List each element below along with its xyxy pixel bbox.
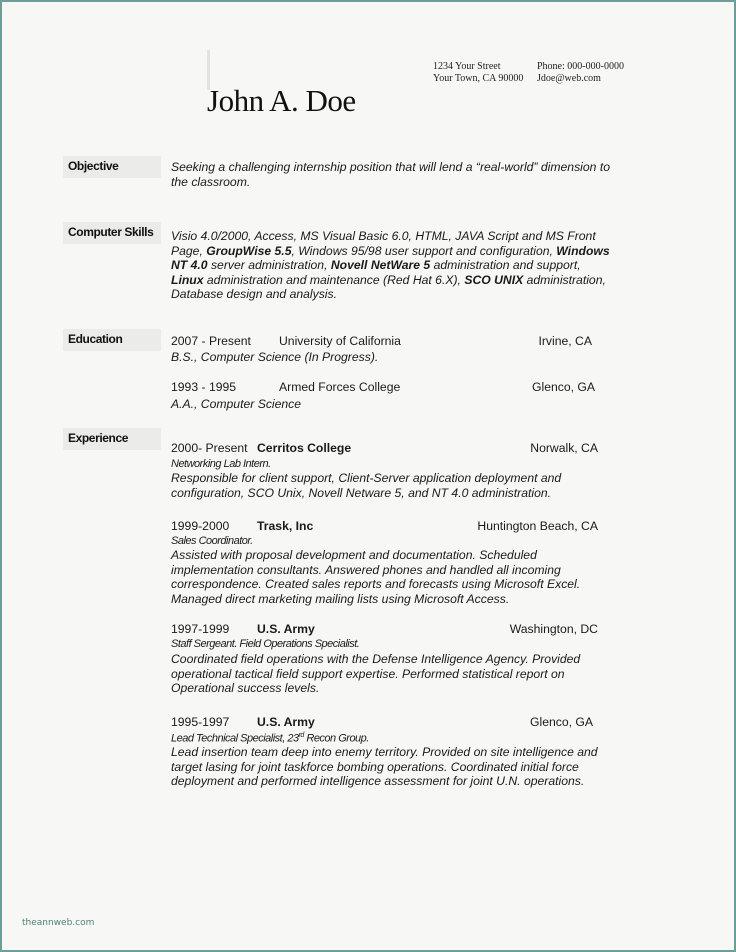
skills-text-part: , Windows 95/98 user support and configu… — [291, 244, 556, 258]
address-block: 1234 Your Street Your Town, CA 90000 — [433, 61, 523, 85]
exp-description: Assisted with proposal development and d… — [171, 548, 580, 606]
desc-line: Operational success levels. — [171, 681, 580, 696]
section-label-objective: Objective — [63, 156, 161, 178]
exp-dates: 1995-1997 — [171, 715, 229, 729]
objective-text: Seeking a challenging internship positio… — [171, 160, 610, 189]
exp-dates: 1999-2000 — [171, 519, 229, 533]
exp-role: Networking Lab Intern. — [171, 457, 271, 472]
skills-text: Visio 4.0/2000, Access, MS Visual Basic … — [171, 229, 616, 302]
skills-highlight: GroupWise 5.5 — [206, 244, 291, 258]
desc-line: deployment and performed intelligence as… — [171, 774, 598, 789]
edu-location: Glenco, GA — [532, 380, 595, 394]
role-text: Lead Technical Specialist, 23 — [171, 733, 299, 745]
objective-line: Seeking a challenging internship positio… — [171, 160, 610, 175]
exp-org: Trask, Inc — [257, 519, 313, 533]
email: Jdoe@web.com — [537, 73, 624, 85]
section-label-education: Education — [63, 329, 161, 351]
exp-role: Sales Coordinator. — [171, 534, 253, 549]
desc-line: target lasing for joint taskforce bombin… — [171, 760, 598, 775]
resume-name: John A. Doe — [207, 83, 356, 119]
desc-line: operational tactical field support exper… — [171, 667, 580, 682]
phone: Phone: 000-000-0000 — [537, 61, 624, 73]
exp-description: Coordinated field operations with the De… — [171, 652, 580, 696]
exp-dates: 2000- Present — [171, 441, 248, 455]
skills-text-part: server administration, — [208, 258, 331, 272]
desc-line: correspondence. Created sales reports an… — [171, 577, 580, 592]
desc-line: Coordinated field operations with the De… — [171, 652, 580, 667]
skills-text-part: administration and support, — [430, 258, 580, 272]
exp-dates: 1997-1999 — [171, 622, 229, 636]
edu-location: Irvine, CA — [538, 334, 592, 348]
address-line-1: 1234 Your Street — [433, 61, 523, 73]
edu-dates: 1993 - 1995 — [171, 380, 236, 394]
skills-highlight: SCO UNIX — [464, 273, 523, 287]
exp-location: Huntington Beach, CA — [477, 519, 598, 533]
desc-line: implementation consultants. Answered pho… — [171, 563, 580, 578]
exp-role: Lead Technical Specialist, 23rd Recon Gr… — [171, 729, 369, 746]
edu-school: Armed Forces College — [279, 380, 400, 394]
exp-org: U.S. Army — [257, 715, 315, 729]
desc-line: Responsible for client support, Client-S… — [171, 471, 561, 486]
exp-location: Washington, DC — [510, 622, 598, 636]
exp-location: Norwalk, CA — [530, 441, 598, 455]
exp-description: Lead insertion team deep into enemy terr… — [171, 745, 598, 789]
exp-role: Staff Sergeant. Field Operations Special… — [171, 637, 359, 652]
desc-line: Assisted with proposal development and d… — [171, 548, 580, 563]
address-line-2: Your Town, CA 90000 — [433, 73, 523, 85]
skills-text-part: administration and maintenance (Red Hat … — [204, 273, 465, 287]
edu-degree: A.A., Computer Science — [171, 397, 301, 412]
skills-highlight: Linux — [171, 273, 204, 287]
objective-line: the classroom. — [171, 175, 610, 190]
watermark: theannweb.com — [22, 918, 94, 928]
section-label-computer-skills: Computer Skills — [63, 222, 161, 244]
skills-highlight: Novell NetWare 5 — [331, 258, 430, 272]
desc-line: Lead insertion team deep into enemy terr… — [171, 745, 598, 760]
role-text: Recon Group. — [304, 733, 369, 745]
exp-location: Glenco, GA — [530, 715, 593, 729]
desc-line: configuration, SCO Unix, Novell Netware … — [171, 486, 561, 501]
desc-line: Managed direct marketing mailing lists u… — [171, 592, 580, 607]
edu-dates: 2007 - Present — [171, 334, 251, 348]
contact-block: Phone: 000-000-0000 Jdoe@web.com — [537, 61, 624, 85]
section-label-experience: Experience — [63, 428, 161, 450]
exp-org: Cerritos College — [257, 441, 351, 455]
edu-school: University of California — [279, 334, 401, 348]
edu-degree: B.S., Computer Science (In Progress). — [171, 350, 378, 365]
exp-org: U.S. Army — [257, 622, 315, 636]
exp-description: Responsible for client support, Client-S… — [171, 471, 561, 500]
